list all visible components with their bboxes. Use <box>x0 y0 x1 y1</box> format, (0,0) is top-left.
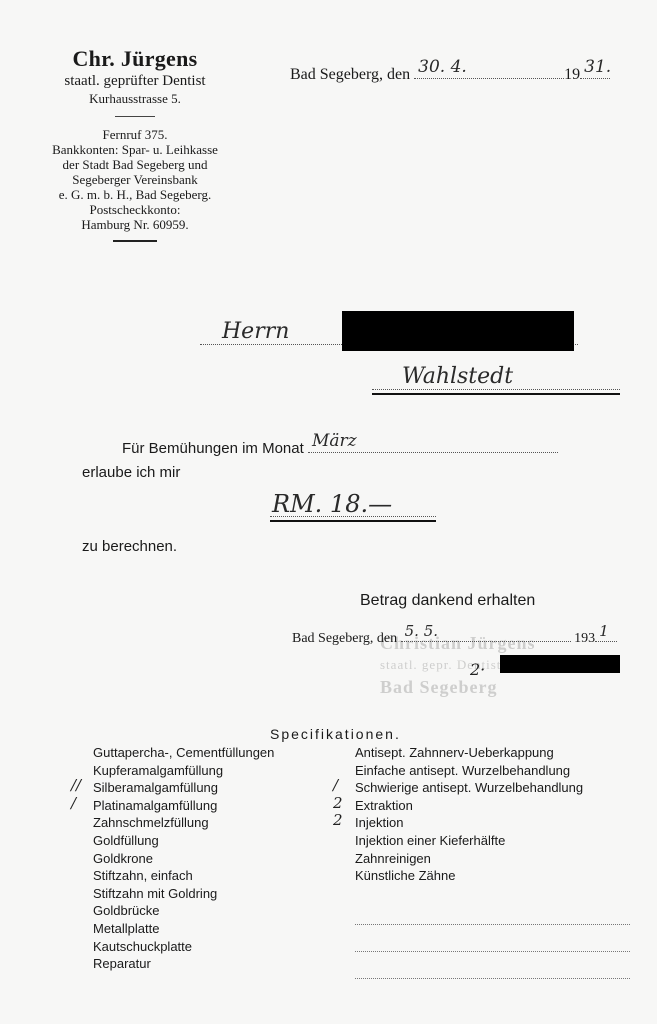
spec-item: Injektion einer Kieferhälfte <box>355 832 630 850</box>
berechnen-text: zu berechnen. <box>82 538 177 555</box>
spec-item: Reparatur <box>93 955 274 973</box>
date-prefix: Bad Segeberg, den <box>290 66 410 83</box>
postscheck-label: Postscheckkonto: <box>20 202 250 217</box>
spec-item-label: Kupferamalgamfüllung <box>93 763 223 778</box>
spec-item: Künstliche Zähne <box>355 867 630 885</box>
spec-item: Goldfüllung <box>93 832 274 850</box>
signature-redaction-bar <box>500 655 620 673</box>
signature: 2· <box>470 655 485 682</box>
spec-item-label: Metallplatte <box>93 921 159 936</box>
spec-item: 2Injektion <box>355 814 630 832</box>
spec-item: Kupferamalgamfüllung <box>93 762 274 780</box>
handwritten-amount: RM. 18.— <box>272 490 392 518</box>
month-line: Für Bemühungen im Monat März <box>122 438 558 457</box>
spec-item-label: Injektion einer Kieferhälfte <box>355 833 505 848</box>
blank-spec-line <box>355 902 630 929</box>
spec-item-label: Platinamalgamfüllung <box>93 798 217 813</box>
handwritten-receipt-year: 1 <box>599 622 609 640</box>
receipt-year-prefix: 193 <box>574 631 595 646</box>
spec-item-label: Guttapercha-, Cementfüllungen <box>93 745 274 760</box>
handwritten-mark: 2 <box>333 795 343 813</box>
spec-item: Stiftzahn mit Goldring <box>93 885 274 903</box>
handwritten-mark: / <box>333 777 338 795</box>
date-field: 30. 4. <box>414 64 564 79</box>
receipt-date-prefix: Bad Segeberg, den <box>292 631 397 646</box>
specifications-right-column: Antisept. Zahnnerv-UeberkappungEinfache … <box>355 744 630 983</box>
bank-line: Bankkonten: Spar- u. Leihkasse <box>20 142 250 157</box>
receipt-date-field: 5. 5. <box>401 627 571 642</box>
spec-item: Guttapercha-, Cementfüllungen <box>93 744 274 762</box>
spec-item-label: Schwierige antisept. Wurzelbehandlung <box>355 780 583 795</box>
date-line: Bad Segeberg, den 30. 4. 19 31. <box>290 64 610 84</box>
handwritten-town: Wahlstedt <box>402 364 513 389</box>
spec-item: //Silberamalgamfüllung <box>93 779 274 797</box>
recipient-underline <box>372 393 620 395</box>
spec-item-label: Goldfüllung <box>93 833 159 848</box>
spec-item: Goldkrone <box>93 850 274 868</box>
spec-item-label: Goldbrücke <box>93 903 159 918</box>
bank-line: der Stadt Bad Segeberg und <box>20 157 250 172</box>
spec-item: 2Extraktion <box>355 797 630 815</box>
spec-item-label: Künstliche Zähne <box>355 868 455 883</box>
handwritten-receipt-date: 5. 5. <box>405 622 438 640</box>
paper-fold-crease <box>0 0 135 40</box>
bank-line: e. G. m. b. H., Bad Segeberg. <box>20 187 250 202</box>
spec-item: Zahnschmelzfüllung <box>93 814 274 832</box>
year-prefix: 19 <box>564 66 580 83</box>
specifications-left-column: Guttapercha-, CementfüllungenKupferamalg… <box>93 744 274 973</box>
bank-line: Segeberger Vereinsbank <box>20 172 250 187</box>
redaction-bar <box>342 311 574 351</box>
handwritten-date: 30. 4. <box>418 57 467 77</box>
blank-spec-line <box>355 956 630 983</box>
letterhead-ornament <box>113 240 157 242</box>
spec-item: Einfache antisept. Wurzelbehandlung <box>355 762 630 780</box>
handwritten-salutation: Herrn <box>222 319 289 344</box>
spec-item: Metallplatte <box>93 920 274 938</box>
handwritten-month: März <box>312 431 357 451</box>
spec-item: Antisept. Zahnnerv-Ueberkappung <box>355 744 630 762</box>
spec-item-label: Stiftzahn, einfach <box>93 868 193 883</box>
receipt-heading: Betrag dankend erhalten <box>360 592 535 610</box>
spec-item-label: Injektion <box>355 815 403 830</box>
street-address: Kurhausstrasse 5. <box>20 90 250 107</box>
receipt-date-line: Bad Segeberg, den 5. 5. 193 1 <box>292 627 617 647</box>
spec-item-label: Zahnschmelzfüllung <box>93 815 209 830</box>
year-field: 31. <box>580 64 610 79</box>
receipt-year-field: 1 <box>595 627 617 642</box>
amount-underline <box>270 520 436 522</box>
spec-item-label: Silberamalgamfüllung <box>93 780 218 795</box>
spec-item-label: Goldkrone <box>93 851 153 866</box>
handwritten-mark: // <box>71 777 81 795</box>
spec-item-label: Kautschuckplatte <box>93 939 192 954</box>
handwritten-mark: 2 <box>333 812 343 830</box>
spec-item: Zahnreinigen <box>355 850 630 868</box>
spec-item-label: Antisept. Zahnnerv-Ueberkappung <box>355 745 554 760</box>
handwritten-mark: / <box>71 795 76 813</box>
recipient-line-2: Wahlstedt <box>372 365 620 390</box>
erlaube-text: erlaube ich mir <box>82 464 180 481</box>
spec-item-label: Reparatur <box>93 956 151 971</box>
month-field: März <box>308 438 558 453</box>
dentist-name: Chr. Jürgens <box>20 46 250 72</box>
handwritten-year: 31. <box>584 57 611 77</box>
spec-item: Goldbrücke <box>93 902 274 920</box>
letterhead: Chr. Jürgens staatl. geprüfter Dentist K… <box>20 46 250 242</box>
spec-item-label: Stiftzahn mit Goldring <box>93 886 217 901</box>
dentist-title: staatl. geprüfter Dentist <box>20 72 250 90</box>
spec-item-label: Einfache antisept. Wurzelbehandlung <box>355 763 570 778</box>
spec-item: /Platinamalgamfüllung <box>93 797 274 815</box>
spec-item-label: Extraktion <box>355 798 413 813</box>
spec-item: Kautschuckplatte <box>93 938 274 956</box>
spec-item: Stiftzahn, einfach <box>93 867 274 885</box>
month-label: Für Bemühungen im Monat <box>122 440 304 457</box>
specifications-heading: Specifikationen. <box>270 726 401 742</box>
spec-item: /Schwierige antisept. Wurzelbehandlung <box>355 779 630 797</box>
spec-item-label: Zahnreinigen <box>355 851 431 866</box>
letterhead-divider <box>115 116 155 117</box>
phone-number: Fernruf 375. <box>20 127 250 142</box>
postscheck-number: Hamburg Nr. 60959. <box>20 217 250 232</box>
blank-spec-line <box>355 929 630 956</box>
amount-field: RM. 18.— <box>270 490 436 517</box>
